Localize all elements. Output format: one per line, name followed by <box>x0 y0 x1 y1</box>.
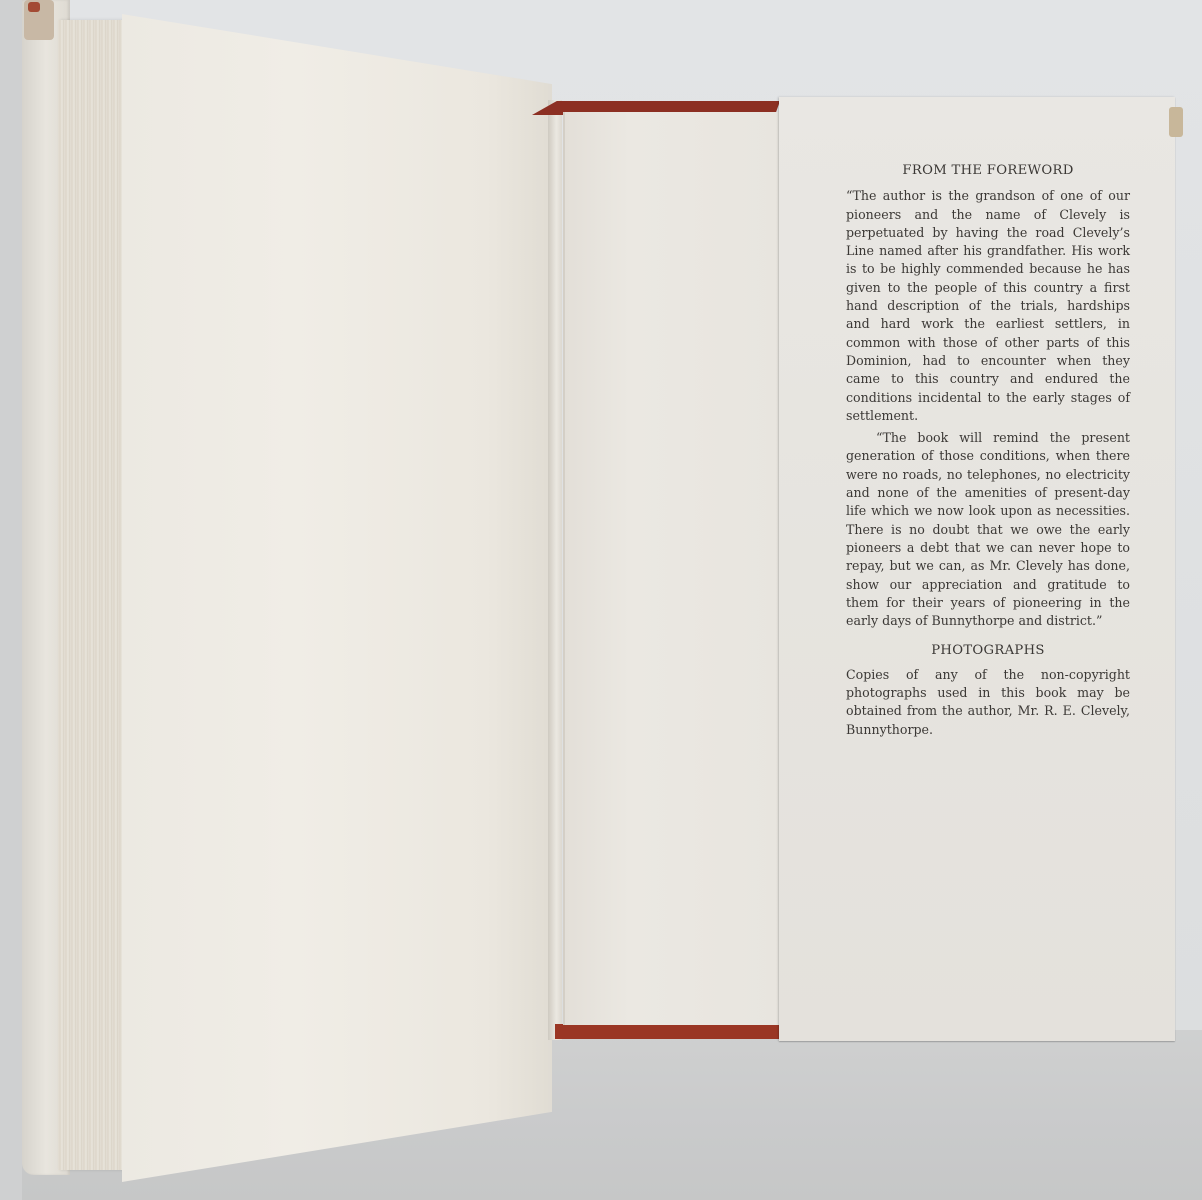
foreword-paragraph-1: “The author is the grandson of one of ou… <box>846 187 1130 425</box>
red-cloth-fragment <box>28 2 40 12</box>
rear-endpaper <box>563 112 781 1025</box>
foreword-paragraph-2: “The book will remind the present genera… <box>846 429 1130 630</box>
foreword-heading: FROM THE FOREWORD <box>846 162 1130 180</box>
dust-jacket-flap: FROM THE FOREWORD “The author is the gra… <box>779 97 1175 1041</box>
photographs-paragraph: Copies of any of the non-copyright photo… <box>846 666 1130 739</box>
worn-corner <box>24 0 54 40</box>
red-binding-bottom <box>555 1024 780 1039</box>
flap-text: FROM THE FOREWORD “The author is the gra… <box>846 162 1130 739</box>
left-edge-shadow <box>0 0 22 1200</box>
blank-left-page <box>122 14 552 1182</box>
photographs-heading: PHOTOGRAPHS <box>846 642 1130 660</box>
worn-flap-corner <box>1169 107 1183 137</box>
book-gutter <box>548 100 562 1040</box>
